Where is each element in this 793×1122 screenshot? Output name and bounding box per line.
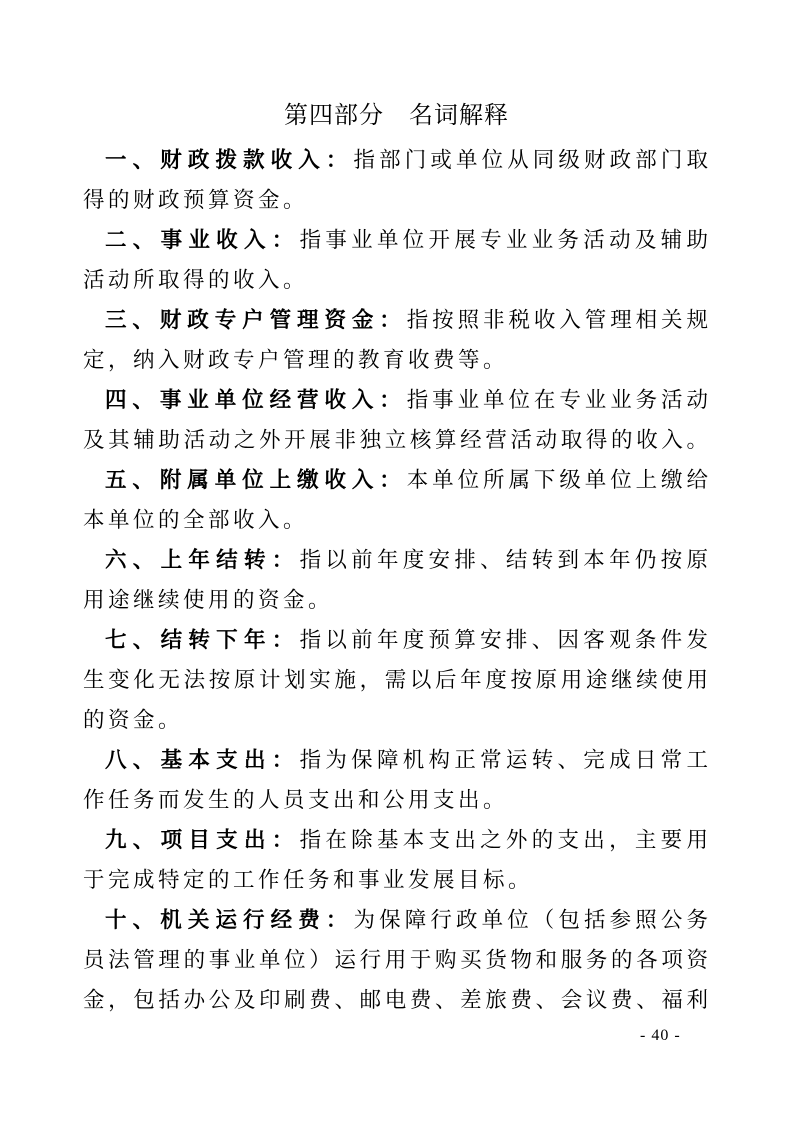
definition-line: 本单位的全部收入。 (83, 500, 708, 540)
definition-first-line: 二、事业收入：指事业单位开展专业业务活动及辅助 (83, 220, 708, 260)
definition-first-line: 八、基本支出：指为保障机构正常运转、完成日常工 (83, 740, 708, 780)
term-label: 七、结转下年： (105, 628, 300, 652)
term-label: 六、上年结转： (105, 548, 300, 572)
definition-line: 金，包括办公及印刷费、邮电费、差旅费、会议费、福利 (83, 980, 708, 1020)
definition-text: 指为保障机构正常运转、完成日常工 (300, 748, 708, 772)
definition-text: 本单位所属下级单位上缴给 (407, 468, 708, 492)
term-label: 十、机关运行经费： (105, 908, 354, 932)
definition-line: 生变化无法按原计划实施，需以后年度按原用途继续使用 (83, 660, 708, 700)
definition-line: 于完成特定的工作任务和事业发展目标。 (83, 860, 708, 900)
definition-text: 为保障行政单位（包括参照公务 (354, 908, 708, 932)
definition-text: 指以前年度预算安排、因客观条件发 (300, 628, 708, 652)
definition-line: 定，纳入财政专户管理的教育收费等。 (83, 340, 708, 380)
definition-line: 员法管理的事业单位）运行用于购买货物和服务的各项资 (83, 940, 708, 980)
term-label: 八、基本支出： (105, 748, 300, 772)
page-number: - 40 - (640, 1024, 681, 1048)
definition-text: 指事业单位开展专业业务活动及辅助 (300, 228, 708, 252)
definition-text: 指部门或单位从同级财政部门取 (354, 148, 708, 172)
definition-line: 得的财政预算资金。 (83, 180, 708, 220)
definition-line: 的资金。 (83, 700, 708, 740)
definition-line: 作任务而发生的人员支出和公用支出。 (83, 780, 708, 820)
section-title: 第四部分 名词解释 (0, 96, 793, 136)
definition-first-line: 五、附属单位上缴收入：本单位所属下级单位上缴给 (83, 460, 708, 500)
definition-first-line: 十、机关运行经费：为保障行政单位（包括参照公务 (83, 900, 708, 940)
term-label: 一、财政拨款收入： (105, 148, 354, 172)
document-page: 第四部分 名词解释 一、财政拨款收入：指部门或单位从同级财政部门取得的财政预算资… (0, 0, 793, 1122)
term-label: 九、项目支出： (105, 828, 300, 852)
term-label: 五、附属单位上缴收入： (105, 468, 407, 492)
definition-text: 指按照非税收入管理相关规 (407, 308, 708, 332)
definition-text: 指在除基本支出之外的支出，主要用 (300, 828, 708, 852)
definition-first-line: 七、结转下年：指以前年度预算安排、因客观条件发 (83, 620, 708, 660)
definition-first-line: 四、事业单位经营收入：指事业单位在专业业务活动 (83, 380, 708, 420)
term-label: 三、财政专户管理资金： (105, 308, 407, 332)
term-label: 四、事业单位经营收入： (105, 388, 407, 412)
definition-line: 用途继续使用的资金。 (83, 580, 708, 620)
definition-line: 活动所取得的收入。 (83, 260, 708, 300)
term-label: 二、事业收入： (105, 228, 300, 252)
definition-first-line: 九、项目支出：指在除基本支出之外的支出，主要用 (83, 820, 708, 860)
definition-first-line: 三、财政专户管理资金：指按照非税收入管理相关规 (83, 300, 708, 340)
definition-first-line: 一、财政拨款收入：指部门或单位从同级财政部门取 (83, 140, 708, 180)
definition-text: 指以前年度安排、结转到本年仍按原 (300, 548, 708, 572)
definition-text: 指事业单位在专业业务活动 (407, 388, 708, 412)
paragraphs: 一、财政拨款收入：指部门或单位从同级财政部门取得的财政预算资金。二、事业收入：指… (83, 140, 708, 1020)
definition-line: 及其辅助活动之外开展非独立核算经营活动取得的收入。 (83, 420, 708, 460)
definition-first-line: 六、上年结转：指以前年度安排、结转到本年仍按原 (83, 540, 708, 580)
